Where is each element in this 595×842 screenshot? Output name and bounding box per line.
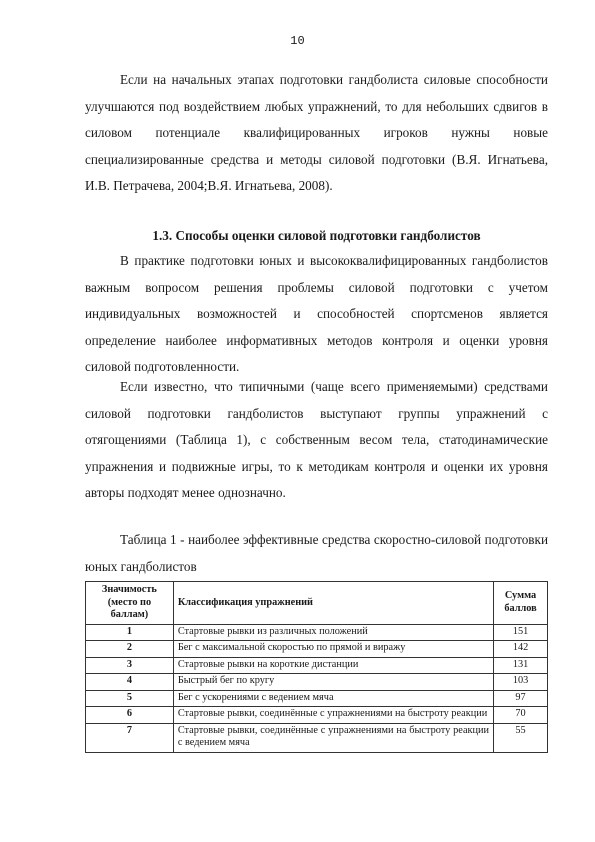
exercise-cell: Стартовые рывки, соединённые с упражнени… bbox=[173, 723, 493, 752]
score-cell: 142 bbox=[494, 641, 548, 658]
rank-cell: 4 bbox=[86, 674, 174, 691]
exercise-cell: Быстрый бег по кругу bbox=[173, 674, 493, 691]
score-cell: 97 bbox=[494, 690, 548, 707]
paragraph-text: В практике подготовки юных и высококвали… bbox=[85, 253, 548, 374]
score-cell: 103 bbox=[494, 674, 548, 691]
rank-cell: 6 bbox=[86, 707, 174, 724]
rank-cell: 2 bbox=[86, 641, 174, 658]
paragraph-methods: Если известно, что типичными (чаще всего… bbox=[85, 374, 548, 507]
table-row: 4Быстрый бег по кругу103 bbox=[86, 674, 548, 691]
table-row: 1Стартовые рывки из различных положений1… bbox=[86, 624, 548, 641]
score-cell: 131 bbox=[494, 657, 548, 674]
paragraph-practice: В практике подготовки юных и высококвали… bbox=[85, 248, 548, 381]
rank-cell: 1 bbox=[86, 624, 174, 641]
table-row: 6Стартовые рывки, соединённые с упражнен… bbox=[86, 707, 548, 724]
exercise-cell: Стартовые рывки на короткие дистанции bbox=[173, 657, 493, 674]
caption-text: Таблица 1 - наиболее эффективные средств… bbox=[85, 532, 548, 574]
table-row: 5Бег с ускорениями с ведением мяча97 bbox=[86, 690, 548, 707]
table-body: 1Стартовые рывки из различных положений1… bbox=[86, 624, 548, 752]
table-row: 2Бег с максимальной скоростью по прямой … bbox=[86, 641, 548, 658]
page-number: 10 bbox=[0, 34, 595, 48]
score-cell: 55 bbox=[494, 723, 548, 752]
paragraph-text: Если известно, что типичными (чаще всего… bbox=[85, 379, 548, 500]
exercise-cell: Бег с ускорениями с ведением мяча bbox=[173, 690, 493, 707]
table-row: 7Стартовые рывки, соединённые с упражнен… bbox=[86, 723, 548, 752]
rank-cell: 3 bbox=[86, 657, 174, 674]
exercise-cell: Стартовые рывки из различных положений bbox=[173, 624, 493, 641]
paragraph-intro: Если на начальных этапах подготовки ганд… bbox=[85, 67, 548, 200]
exercise-table: Значимость (место по баллам) Классификац… bbox=[85, 581, 548, 753]
header-classification: Классификация упражнений bbox=[173, 582, 493, 625]
rank-cell: 7 bbox=[86, 723, 174, 752]
table-row: 3Стартовые рывки на короткие дистанции13… bbox=[86, 657, 548, 674]
section-heading: 1.3. Способы оценки силовой подготовки г… bbox=[85, 226, 548, 246]
table-header-row: Значимость (место по баллам) Классификац… bbox=[86, 582, 548, 625]
score-cell: 151 bbox=[494, 624, 548, 641]
rank-cell: 5 bbox=[86, 690, 174, 707]
exercise-cell: Бег с максимальной скоростью по прямой и… bbox=[173, 641, 493, 658]
paragraph-text: Если на начальных этапах подготовки ганд… bbox=[85, 72, 548, 193]
exercise-cell: Стартовые рывки, соединённые с упражнени… bbox=[173, 707, 493, 724]
header-rank: Значимость (место по баллам) bbox=[86, 582, 174, 625]
score-cell: 70 bbox=[494, 707, 548, 724]
header-score: Сумма баллов bbox=[494, 582, 548, 625]
table-caption: Таблица 1 - наиболее эффективные средств… bbox=[85, 527, 548, 580]
